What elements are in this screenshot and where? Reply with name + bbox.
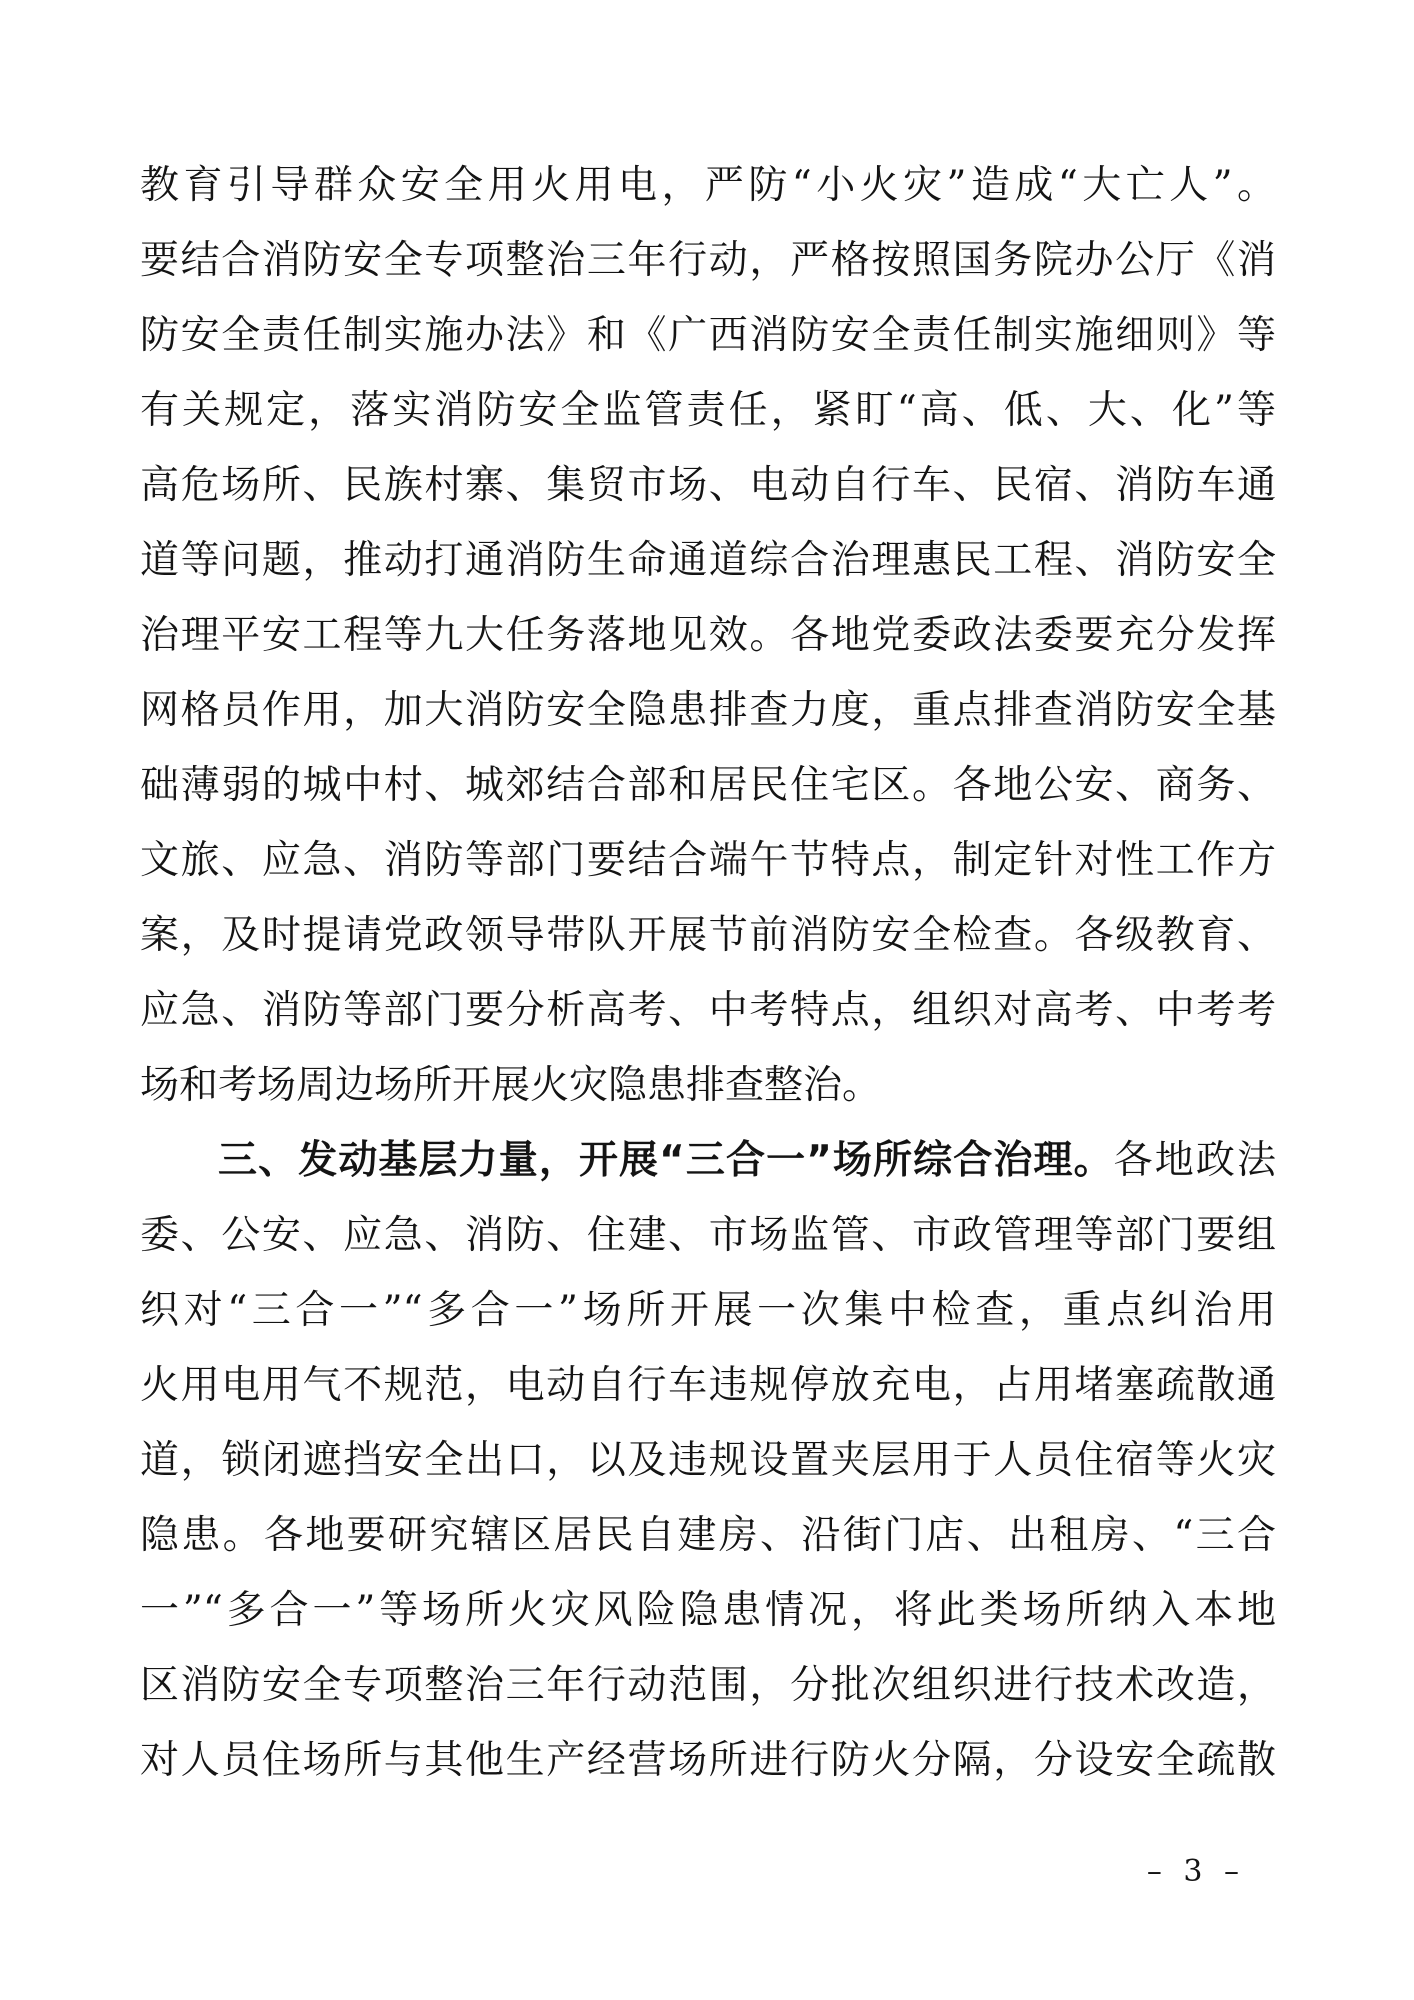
page-number: – 3 – xyxy=(1147,1852,1245,1892)
section-3-heading: 三、发动基层力量，开展“三合一”场所综合治理。 xyxy=(218,1138,1114,1183)
paragraph-continuation: 教育引导群众安全用火用电，严防“小火灾”造成“大亡人”。要结合消防安全专项整治三… xyxy=(140,148,1276,1123)
section-3-first-line-rest: 各地政法 xyxy=(1114,1138,1276,1183)
text-line: 织对“三合一”“多合一”场所开展一次集中检查，重点纠治用 xyxy=(140,1273,1276,1348)
text-line: 火用电用气不规范，电动自行车违规停放充电，占用堵塞疏散通 xyxy=(140,1348,1276,1423)
document-page: 教育引导群众安全用火用电，严防“小火灾”造成“大亡人”。要结合消防安全专项整治三… xyxy=(0,0,1414,2000)
text-line: 高危场所、民族村寨、集贸市场、电动自行车、民宿、消防车通 xyxy=(140,448,1276,523)
text-line: 委、公安、应急、消防、住建、市场监管、市政管理等部门要组 xyxy=(140,1198,1276,1273)
text-line: 区消防安全专项整治三年行动范围，分批次组织进行技术改造， xyxy=(140,1648,1276,1723)
text-line: 教育引导群众安全用火用电，严防“小火灾”造成“大亡人”。 xyxy=(140,148,1276,223)
text-line: 础薄弱的城中村、城郊结合部和居民住宅区。各地公安、商务、 xyxy=(140,748,1276,823)
text-line: 道，锁闭遮挡安全出口，以及违规设置夹层用于人员住宿等火灾 xyxy=(140,1423,1276,1498)
text-line: 要结合消防安全专项整治三年行动，严格按照国务院办公厅《消 xyxy=(140,223,1276,298)
text-line: 应急、消防等部门要分析高考、中考特点，组织对高考、中考考 xyxy=(140,973,1276,1048)
text-line: 场和考场周边场所开展火灾隐患排查整治。 xyxy=(140,1048,1276,1123)
text-line: 隐患。各地要研究辖区居民自建房、沿街门店、出租房、“三合 xyxy=(140,1498,1276,1573)
section-3-body: 委、公安、应急、消防、住建、市场监管、市政管理等部门要组织对“三合一”“多合一”… xyxy=(140,1198,1276,1798)
text-line: 对人员住场所与其他生产经营场所进行防火分隔，分设安全疏散 xyxy=(140,1723,1276,1798)
text-line: 防安全责任制实施办法》和《广西消防安全责任制实施细则》等 xyxy=(140,298,1276,373)
text-line: 案，及时提请党政领导带队开展节前消防安全检查。各级教育、 xyxy=(140,898,1276,973)
text-line: 有关规定，落实消防安全监管责任，紧盯“高、低、大、化”等 xyxy=(140,373,1276,448)
section-3-first-line: 三、发动基层力量，开展“三合一”场所综合治理。各地政法 xyxy=(140,1123,1276,1198)
document-body: 教育引导群众安全用火用电，严防“小火灾”造成“大亡人”。要结合消防安全专项整治三… xyxy=(140,148,1276,1798)
text-line: 治理平安工程等九大任务落地见效。各地党委政法委要充分发挥 xyxy=(140,598,1276,673)
text-line: 文旅、应急、消防等部门要结合端午节特点，制定针对性工作方 xyxy=(140,823,1276,898)
text-line: 网格员作用，加大消防安全隐患排查力度，重点排查消防安全基 xyxy=(140,673,1276,748)
text-line: 一”“多合一”等场所火灾风险隐患情况，将此类场所纳入本地 xyxy=(140,1573,1276,1648)
text-line: 道等问题，推动打通消防生命通道综合治理惠民工程、消防安全 xyxy=(140,523,1276,598)
